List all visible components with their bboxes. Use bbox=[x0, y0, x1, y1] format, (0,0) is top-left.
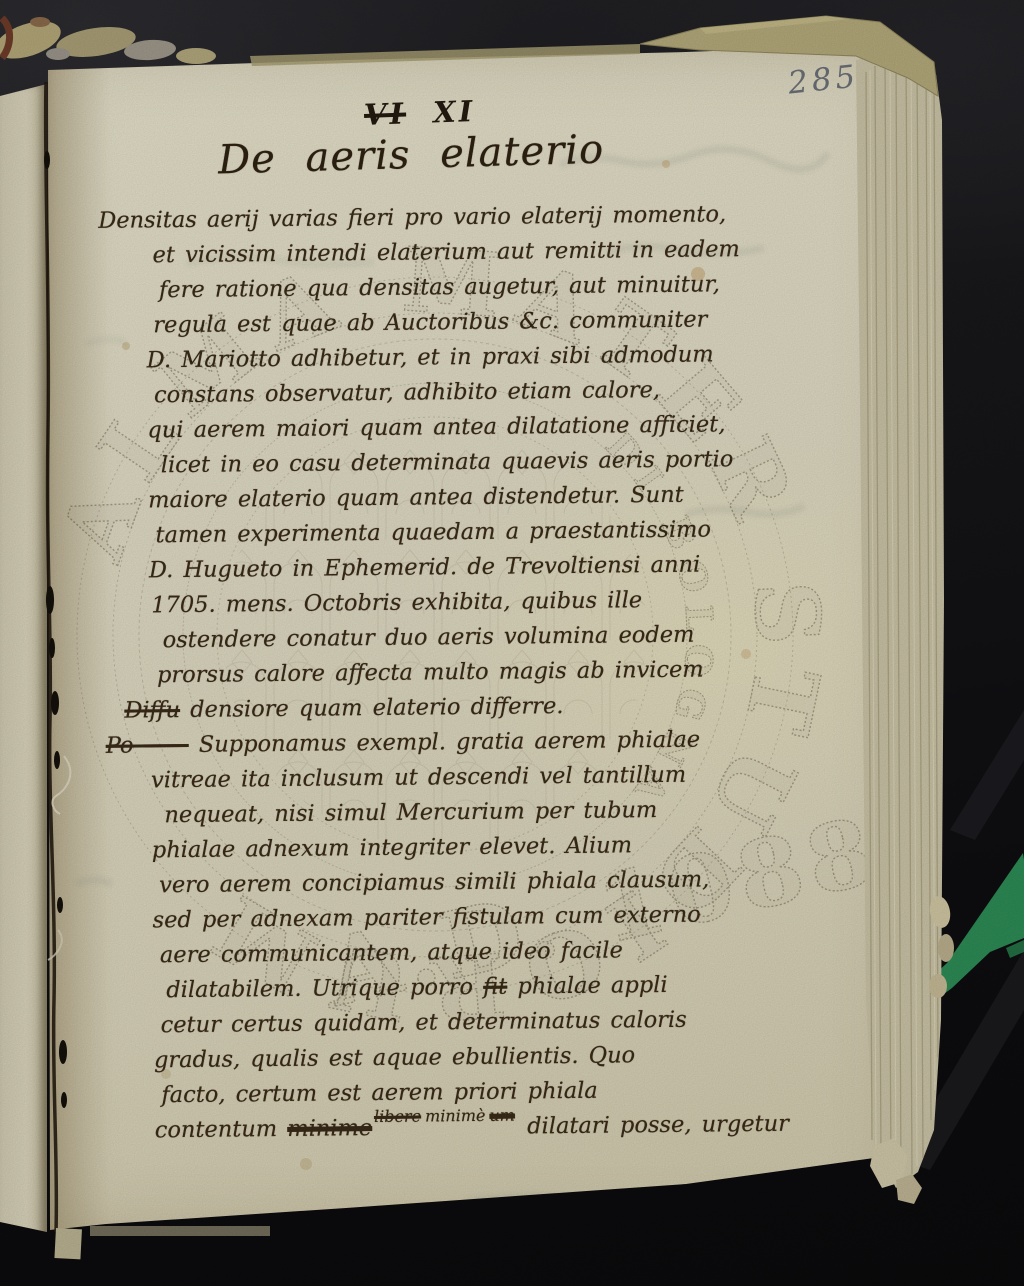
line-segment: nequeat, nisi simul Mercurium per tubum bbox=[164, 797, 657, 828]
line-segment: tamen experimenta quaedam a praestantiss… bbox=[155, 516, 711, 548]
text-line: D. Mariotto adhibetur, et in praxi sibi … bbox=[147, 337, 787, 379]
binding-fragments bbox=[0, 14, 216, 65]
line-segment: cetur certus quidam, et determinatus cal… bbox=[161, 1007, 687, 1039]
line-segment: vero aerem concipiamus simili phiala cla… bbox=[159, 867, 709, 899]
chapter-heading: VI XI bbox=[363, 94, 475, 132]
line-segment: aere communicantem, atque ideo facile bbox=[160, 937, 623, 968]
line-segment: qui aerem maiori quam antea dilatatione … bbox=[147, 411, 725, 443]
heading-numeral: XI bbox=[433, 94, 476, 129]
line-segment: sed per adnexam pariter fistulam cum ext… bbox=[152, 902, 700, 934]
line-segment: prorsus calore affecta multo magis ab in… bbox=[157, 657, 704, 689]
line-segment: regula est quae ab Auctoribus &c. commun… bbox=[153, 306, 707, 338]
struck-word: Po —— bbox=[106, 732, 189, 759]
struck-word: fit bbox=[483, 974, 507, 1000]
text-line: Po —— Supponamus exempl. gratia aerem ph… bbox=[106, 722, 791, 764]
line-segment: phialae appli bbox=[507, 972, 668, 1000]
line-segment: D. Hugueto in Ephemerid. de Trevoltiensi… bbox=[149, 552, 701, 584]
text-line: contentum minimelibereminimèum dilatari … bbox=[155, 1107, 795, 1150]
line-segment: facto, certum est aerem priori phiala bbox=[161, 1078, 598, 1109]
shadow-stripe bbox=[950, 710, 1024, 840]
line-segment: 1705. mens. Octobris exhibita, quibus il… bbox=[151, 587, 642, 618]
struck-word: minime bbox=[287, 1115, 372, 1142]
manuscript-scan: 285 VI XI De aeris elaterio Densitas aer… bbox=[0, 0, 1024, 1286]
book-page: 285 VI XI De aeris elaterio Densitas aer… bbox=[46, 44, 906, 1240]
facing-page-stub bbox=[0, 84, 47, 1244]
struck-word: Diffu bbox=[124, 697, 180, 724]
line-segment: licet in eo casu determinata quaevis aer… bbox=[161, 446, 734, 478]
green-stripe-edge bbox=[1006, 940, 1024, 958]
line-segment: ostendere conatur duo aeris volumina eod… bbox=[163, 622, 695, 654]
line-segment: dilatabilem. Utrique porro bbox=[166, 974, 483, 1003]
line-segment: contentum bbox=[155, 1116, 288, 1143]
manuscript-text: Densitas aerij varias fieri pro vario el… bbox=[145, 197, 795, 1150]
heading-struck-numeral: VI bbox=[363, 96, 406, 131]
line-segment: Supponamus exempl. gratia aerem phialae bbox=[189, 727, 701, 758]
line-segment: Densitas aerij varias fieri pro vario el… bbox=[98, 201, 726, 234]
page-number: 285 bbox=[786, 58, 861, 101]
text-line: D. Hugueto in Ephemerid. de Trevoltiensi… bbox=[149, 547, 789, 589]
text-line: licet in eo casu determinata quaevis aer… bbox=[161, 442, 788, 484]
shadow-stripe bbox=[900, 950, 1024, 1170]
text-line: prorsus calore affecta multo magis ab in… bbox=[157, 652, 790, 694]
line-segment: minimè bbox=[425, 1106, 486, 1126]
struck-word: um bbox=[489, 1106, 515, 1125]
page-title: De aeris elaterio bbox=[217, 127, 604, 184]
line-segment: vitreae ita inclusum ut descendi vel tan… bbox=[151, 762, 686, 794]
line-segment: maiore elaterio quam antea distendetur. … bbox=[148, 482, 684, 514]
line-segment: et vicissim intendi elaterium aut remitt… bbox=[152, 236, 739, 268]
line-segment: densiore quam elaterio differre. bbox=[180, 693, 564, 723]
text-line: sed per adnexam pariter fistulam cum ext… bbox=[152, 897, 792, 939]
line-segment: constans observatur, adhibito etiam calo… bbox=[154, 377, 660, 408]
green-stripe bbox=[934, 853, 1024, 1000]
line-segment: dilatari posse, urgetur bbox=[517, 1111, 789, 1140]
line-segment: phialae adnexum integriter elevet. Alium bbox=[152, 832, 632, 863]
struck-word: libere bbox=[374, 1107, 421, 1126]
line-segment: D. Mariotto adhibetur, et in praxi sibi … bbox=[147, 341, 714, 373]
line-segment: fere ratione qua densitas augetur, aut m… bbox=[159, 271, 720, 303]
line-segment: gradus, qualis est aquae ebullientis. Qu… bbox=[154, 1042, 635, 1073]
